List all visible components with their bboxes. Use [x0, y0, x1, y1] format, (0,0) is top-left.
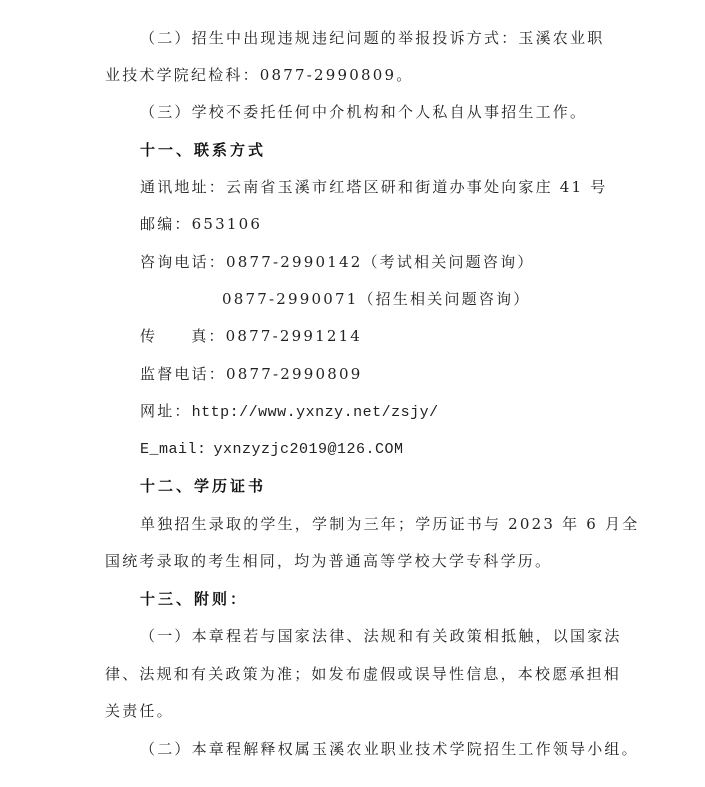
fax-label-part1: 传 — [140, 327, 157, 345]
contact-website: 网址：http://www.yxnzy.net/zsjy/ — [140, 401, 439, 423]
contact-fax: 传真：0877-2991214 — [140, 326, 362, 346]
email-label: E_mail: — [140, 441, 207, 458]
paragraph-no-agency: （三）学校不委托任何中介机构和个人私自从事招生工作。 — [140, 102, 587, 122]
paragraph-diploma: 单独招生录取的学生，学制为三年；学历证书与 2023 年 6 月全 — [140, 514, 639, 534]
paragraph-complaint-method: （二）招生中出现违规违纪问题的举报投诉方式：玉溪农业职 — [140, 28, 604, 48]
website-label: 网址： — [140, 402, 192, 420]
website-link[interactable]: http://www.yxnzy.net/zsjy/ — [192, 404, 439, 421]
contact-supervise-phone: 监督电话：0877-2990809 — [140, 364, 362, 384]
appendix-item-1: （一）本章程若与国家法律、法规和有关政策相抵触，以国家法 — [140, 626, 622, 646]
paragraph-complaint-method-cont: 业技术学院纪检科：0877-2990809。 — [105, 65, 413, 85]
contact-postcode: 邮编：653106 — [140, 214, 262, 234]
paragraph-diploma-cont: 国统考录取的考生相同，均为普通高等学校大学专科学历。 — [105, 551, 552, 571]
appendix-item-1-cont: 律、法规和有关政策为准；如发布虚假或误导性信息，本校愿承担相 — [105, 664, 621, 684]
contact-address: 通讯地址：云南省玉溪市红塔区研和街道办事处向家庄 41 号 — [140, 177, 607, 197]
section-heading-contact: 十一、联系方式 — [140, 140, 266, 160]
appendix-item-1-end: 关责任。 — [105, 701, 174, 721]
contact-email: E_mail: yxnzyzjc2019@126.COM — [140, 438, 404, 460]
document-page: （二）招生中出现违规违纪问题的举报投诉方式：玉溪农业职 业技术学院纪检科：087… — [0, 0, 705, 787]
contact-consult-phone-1: 咨询电话：0877-2990142（考试相关问题咨询） — [140, 252, 534, 272]
fax-value: 0877-2991214 — [226, 327, 362, 345]
section-heading-diploma: 十二、学历证书 — [140, 476, 266, 496]
fax-label-part2: 真： — [191, 327, 225, 345]
contact-consult-phone-2: 0877-2990071（招生相关问题咨询） — [222, 289, 530, 309]
email-link[interactable]: yxnzyzjc2019@126.COM — [213, 441, 403, 458]
appendix-item-2: （二）本章程解释权属玉溪农业职业技术学院招生工作领导小组。 — [140, 739, 639, 759]
consult-phone-exam: 0877-2990142（考试相关问题咨询） — [226, 253, 534, 271]
consult-label: 咨询电话： — [140, 253, 226, 271]
section-heading-appendix: 十三、附则： — [140, 589, 248, 609]
